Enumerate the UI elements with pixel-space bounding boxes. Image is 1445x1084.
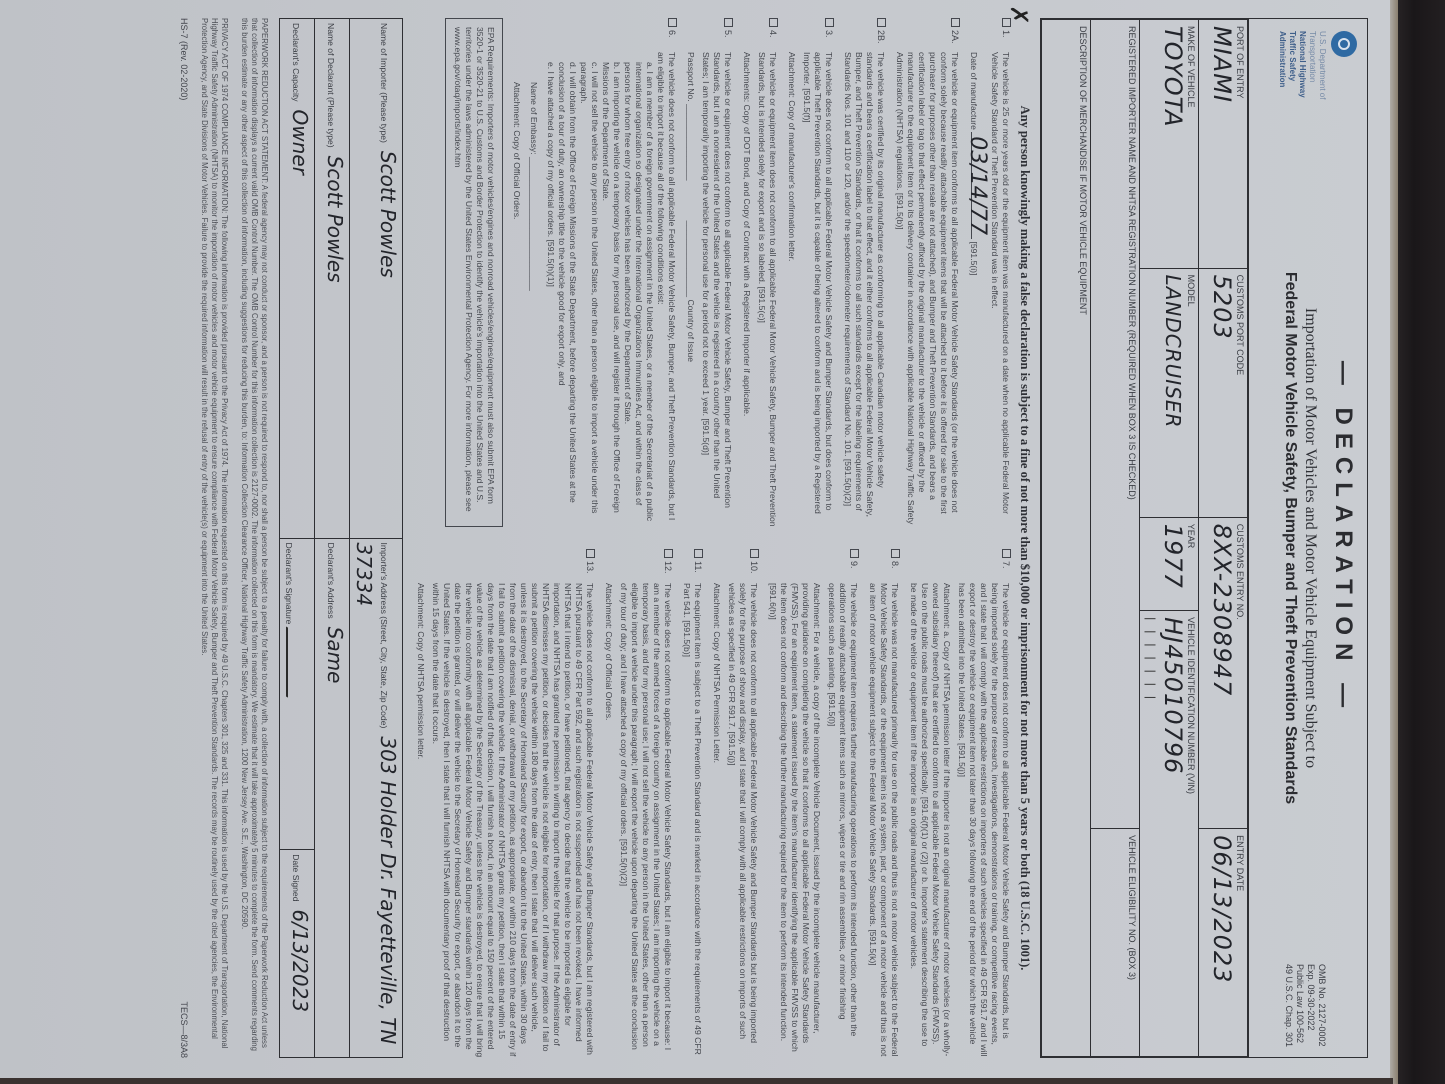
entry-info-table: Port of Entry MIAMI Customs Port Code 52… [1040, 18, 1249, 1058]
declaration-item-4[interactable]: 4. The vehicle or equipment item does no… [741, 18, 778, 527]
declarant-address-field[interactable]: Declarant's AddressSame [315, 538, 350, 1058]
declarant-signature-field[interactable]: Declarant's Signature [280, 538, 315, 850]
declarant-name-field[interactable]: Name of Declarant (Please type)Scott Pow… [315, 19, 350, 539]
declaration-item-5[interactable]: 5. The vehicle or equipment does not con… [685, 18, 733, 527]
port-of-entry-field[interactable]: Port of Entry MIAMI [1199, 19, 1249, 268]
checkbox-2a[interactable] [951, 18, 960, 27]
checkbox-7[interactable] [1002, 549, 1011, 558]
form-subtitle-bold: Federal Motor Vehicle Safety, Bumper and… [1281, 19, 1299, 1057]
left-column: 1. The vehicle is 25 or more years old o… [407, 18, 1011, 527]
checkbox-9[interactable] [850, 549, 859, 558]
declarant-capacity-field[interactable]: Declarant's CapacityOwner [280, 19, 315, 539]
paperwork-reduction-statement: PAPERWORK REDUCTION ACT STATEMENT: A fed… [239, 18, 269, 1058]
make-field[interactable]: Make of Vehicle TOYOTA [1140, 19, 1199, 268]
declaration-item-8[interactable]: 8. The vehicle was not manufactured prim… [867, 549, 900, 1058]
customs-entry-no-field[interactable]: Customs Entry No. 8XX-2308947 [1199, 517, 1249, 828]
entry-date-field[interactable]: Entry Date 06/13/2023 [1199, 829, 1249, 1057]
handwritten-signature [286, 627, 312, 712]
bottom-background [0, 1078, 1393, 1084]
checkbox-2b[interactable] [877, 18, 886, 27]
checkbox-4[interactable] [769, 18, 778, 27]
form-number: HS-7 (Rev. 02-2020) [179, 18, 189, 100]
importer-address-field[interactable]: Importer's Address (Street, City, State,… [350, 538, 403, 1058]
date-signed-field[interactable]: Date Signed6/13/2023 [280, 850, 315, 1058]
checkbox-5[interactable] [724, 18, 733, 27]
privacy-act-statement: PRIVACY ACT OF 1974 COMPLIANCE INFORMATI… [199, 18, 229, 1058]
dark-background-surface [1393, 0, 1445, 1084]
eligibility-no-field[interactable]: Vehicle Eligibility No. (Box 3) [1091, 829, 1140, 1057]
year-field[interactable]: Year 1977 [1140, 517, 1199, 610]
omb-info: OMB No. 2127-0002 Exp. 09-30-2022 Public… [1283, 964, 1327, 1047]
checkbox-6[interactable] [668, 18, 677, 27]
checkbox-3[interactable] [825, 18, 834, 27]
declaration-item-11[interactable]: 11. The equipment item is subject to a T… [681, 549, 703, 1058]
declaration-item-10[interactable]: 10. The vehicle does not conform to all … [711, 549, 759, 1058]
form-title: — DECLARATION — [1329, 19, 1357, 1057]
manufacture-date-field[interactable]: 03/14/77 [971, 132, 983, 239]
merchandise-description-field[interactable]: Description of Merchandise if Motor Vehi… [1041, 19, 1091, 1057]
model-field[interactable]: Model LANDCRUISER [1140, 268, 1199, 517]
importer-name-field[interactable]: Name of Importer (Please type)Scott Powl… [350, 19, 403, 539]
form-code: TECS—8/3A8 [179, 1001, 189, 1058]
vin-field[interactable]: Vehicle Identification Number (VIN) HJ45… [1140, 611, 1199, 1057]
declaration-item-12[interactable]: 12. The vehicle does not conform to appl… [603, 549, 673, 1058]
form-subtitle: Importation of Motor Vehicles and Motor … [1301, 19, 1319, 1057]
checkbox-8[interactable] [891, 549, 900, 558]
country-field[interactable]: ________________ [686, 221, 696, 297]
customs-port-code-field[interactable]: Customs Port Code 5203 [1199, 268, 1249, 517]
declaration-item-7[interactable]: 7. The vehicle or equipment does not con… [908, 549, 1011, 1058]
right-column: 7. The vehicle or equipment does not con… [407, 549, 1011, 1058]
declaration-item-3[interactable]: 3. The vehicle does not conform to all a… [786, 18, 834, 527]
declaration-item-6[interactable]: 6. The vehicle does not conform to all a… [511, 18, 677, 527]
declaration-item-2b[interactable]: 2B. The vehicle was certified by its ori… [842, 18, 886, 527]
embassy-field[interactable]: ____________________________ [529, 157, 539, 291]
declaration-item-1[interactable]: 1. The vehicle is 25 or more years old o… [968, 18, 1011, 527]
checkbox-11[interactable] [694, 549, 703, 558]
passport-field[interactable]: ________________ [686, 104, 696, 180]
registered-importer-field[interactable]: Registered Importer Name and NHTSA Regis… [1091, 19, 1140, 829]
false-declaration-warning: Any person knowingly making a false decl… [1017, 18, 1032, 1058]
form-header: U.S. Department of Transportation Nation… [1249, 18, 1368, 1058]
declaration-item-13[interactable]: 13. The vehicle does not conform to all … [415, 549, 595, 1058]
epa-requirements-box: EPA Requirements: Importers of motor veh… [445, 18, 503, 527]
checkbox-12[interactable] [664, 549, 673, 558]
declaration-item-2a[interactable]: 2A. The vehicle or equipment item confor… [894, 18, 960, 527]
checkbox-10[interactable] [750, 549, 759, 558]
checkbox-13[interactable] [586, 549, 595, 558]
declaration-item-9[interactable]: 9. The vehicle or equipment item require… [767, 549, 859, 1058]
signature-block: Name of Importer (Please type)Scott Powl… [279, 18, 403, 1058]
hs7-declaration-form: U.S. Department of Transportation Nation… [0, 0, 1390, 1078]
checkbox-1[interactable] [1002, 18, 1011, 27]
